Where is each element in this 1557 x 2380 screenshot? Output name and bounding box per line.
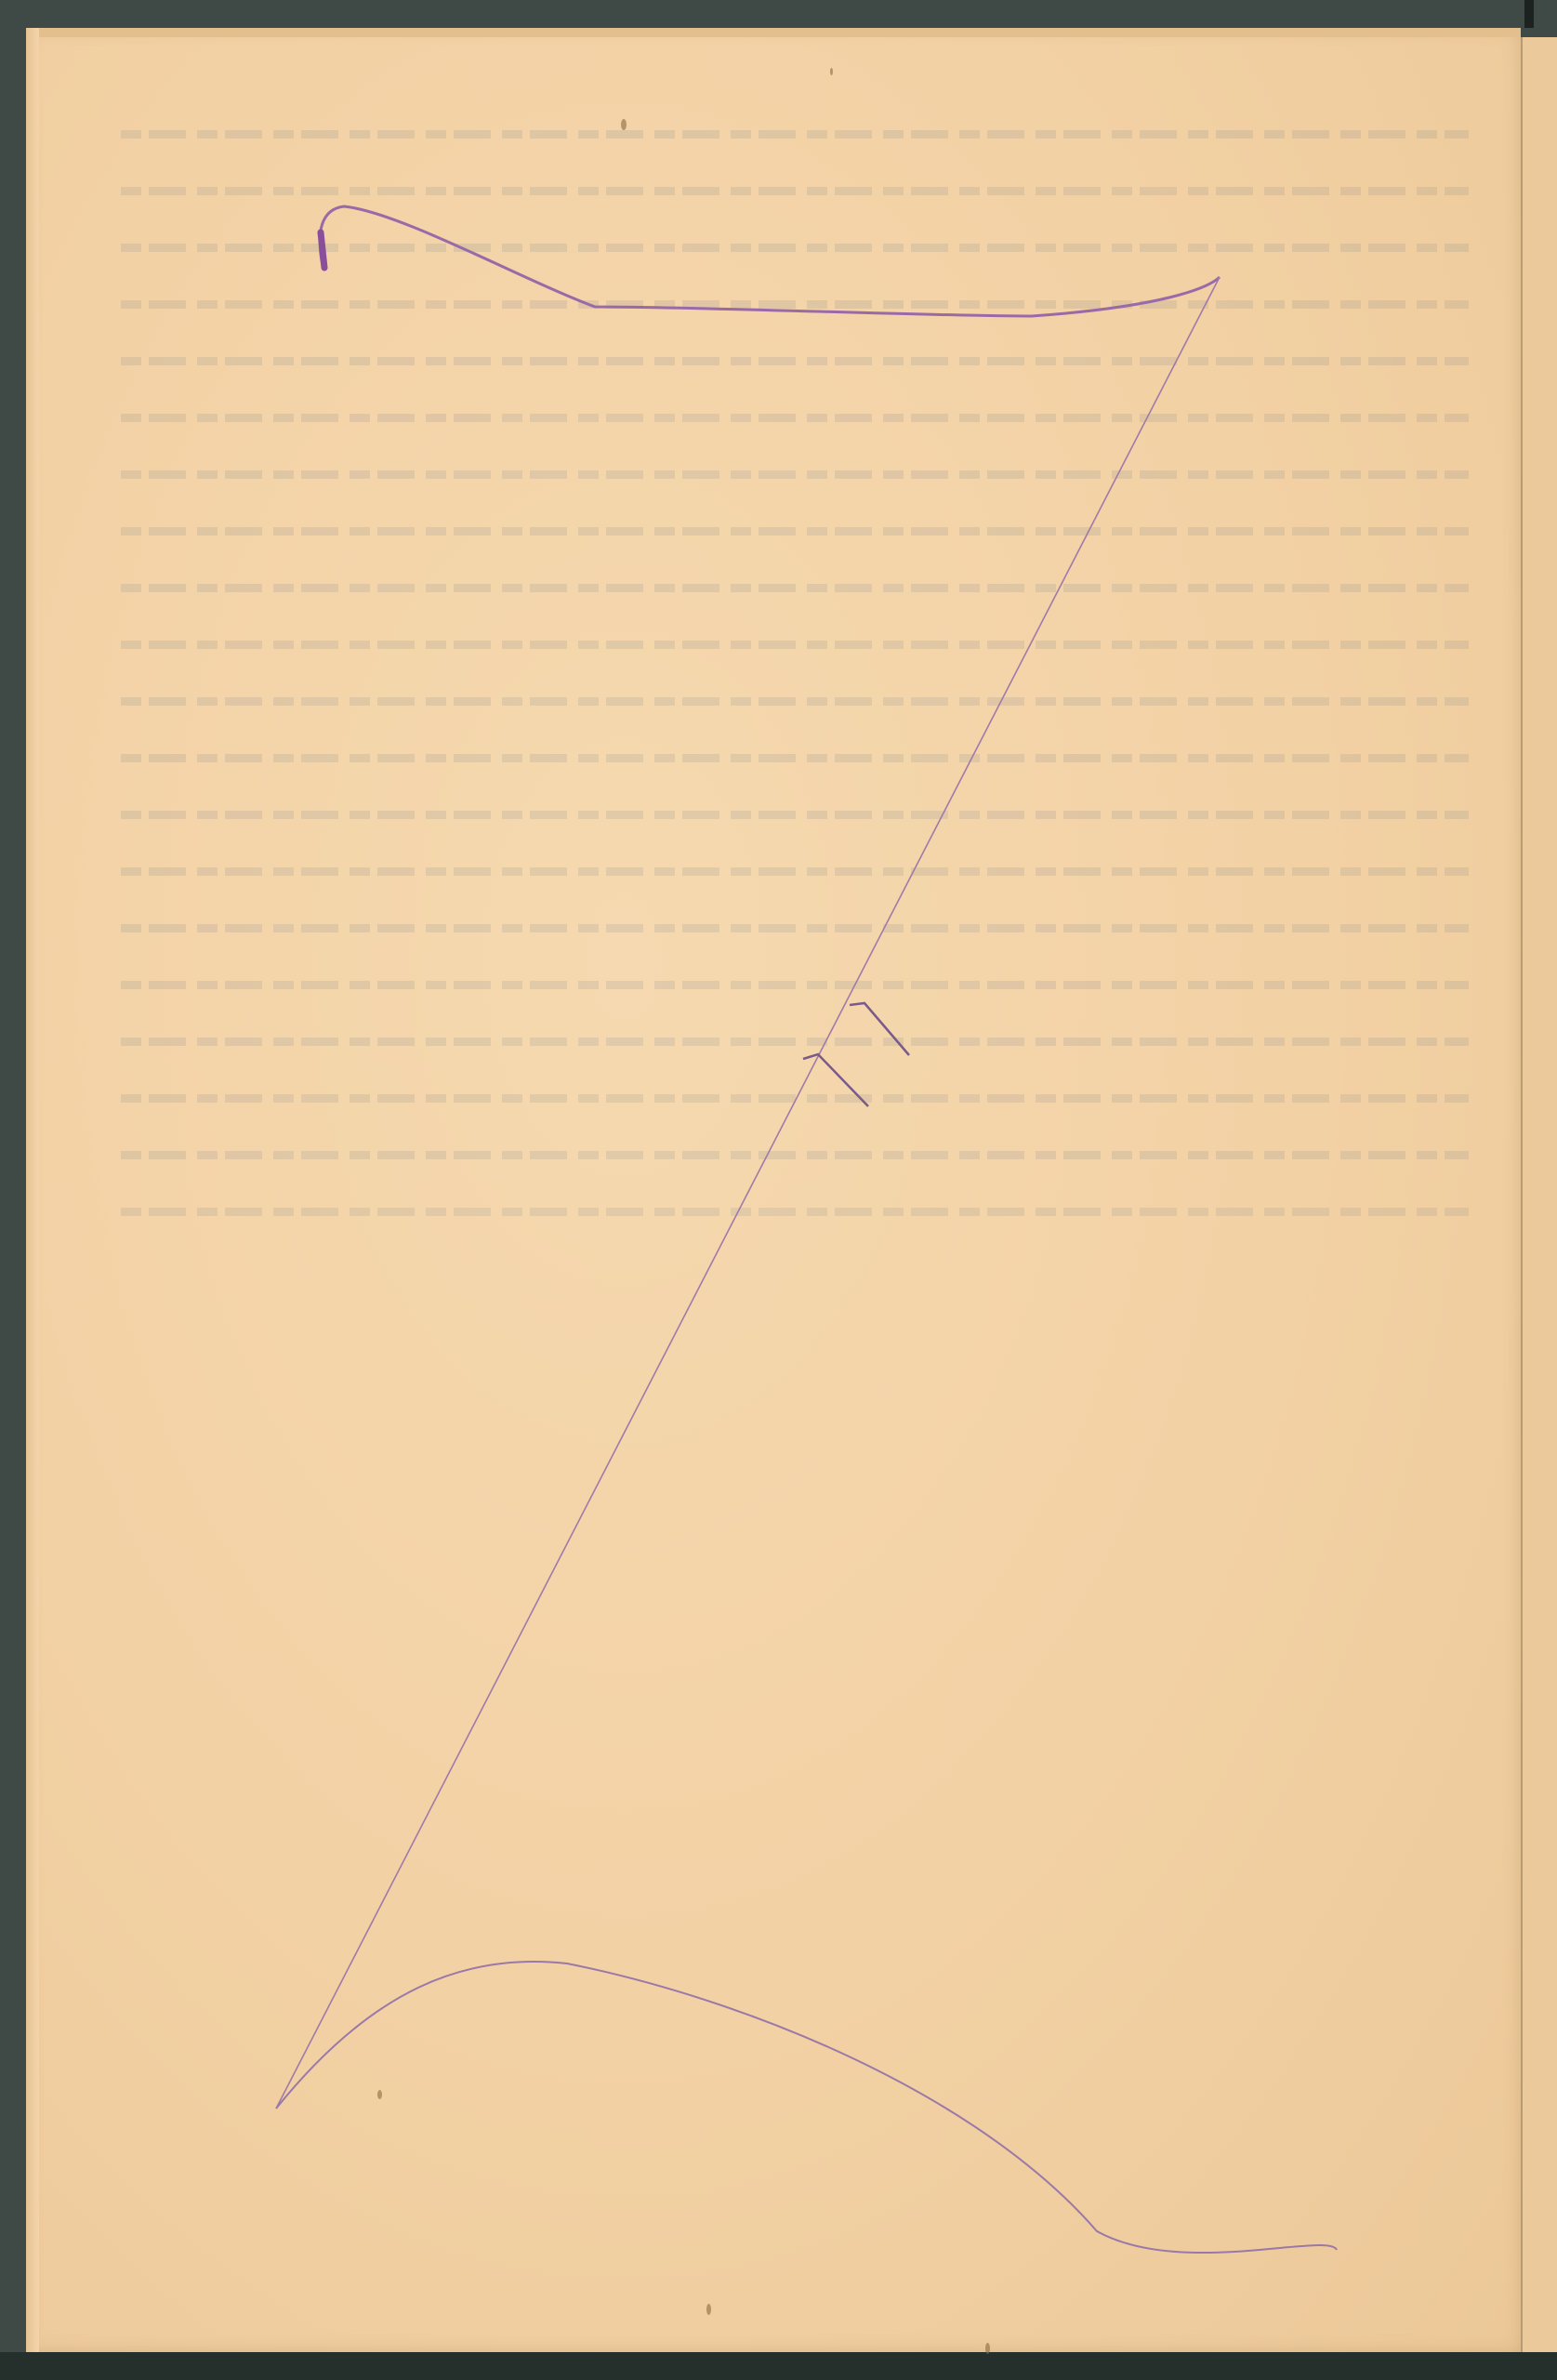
paper-speck [830, 68, 833, 75]
double-stroke-mark [803, 1003, 909, 1106]
paper-speck [621, 119, 627, 130]
z-mark-bottom-curve [276, 1962, 1337, 2253]
paper-speck [377, 2090, 382, 2099]
z-mark-diagonal [276, 277, 1220, 2109]
pencil-annotations [0, 0, 1557, 2380]
paper-speck [706, 2304, 711, 2315]
z-mark-top-stroke [320, 206, 1220, 316]
paper-speck [985, 2343, 990, 2354]
